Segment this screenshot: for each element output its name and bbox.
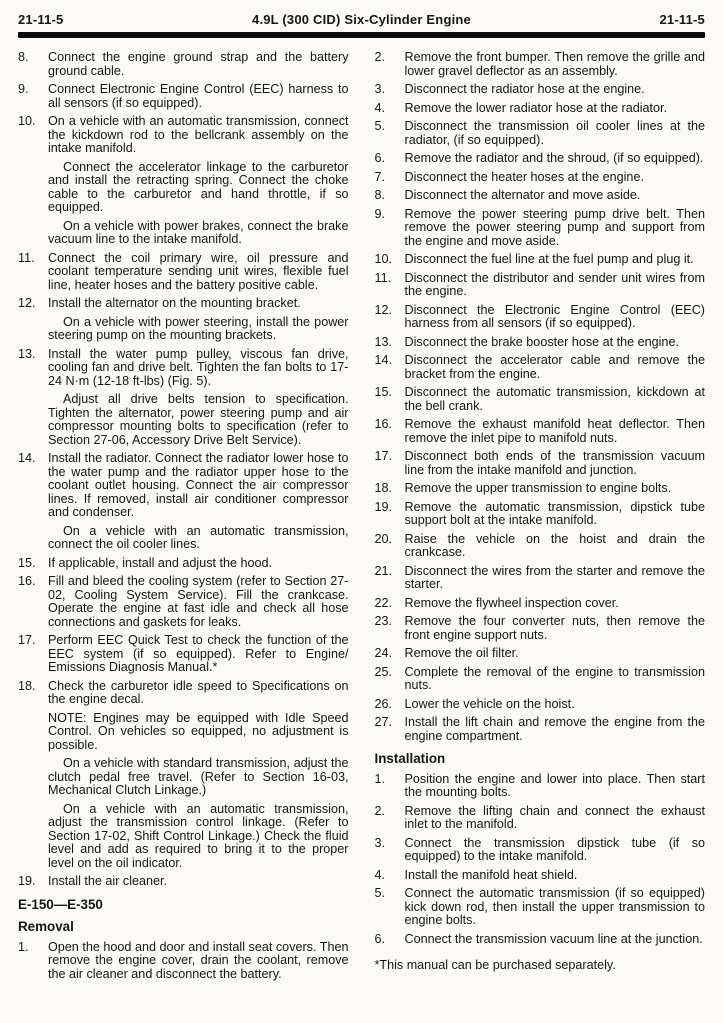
item-text: Lower the vehicle on the hoist. [405, 697, 575, 711]
item-text: Disconnect the brake booster hose at the… [405, 335, 679, 349]
item-number: 13. [18, 348, 36, 362]
section-heading: Removal [18, 920, 349, 934]
page-number-right: 21-11-5 [595, 12, 705, 27]
list-item: 4.Remove the lower radiator hose at the … [375, 102, 706, 116]
left-column: 8.Connect the engine ground strap and th… [18, 51, 349, 986]
list-item: 15.Disconnect the automatic transmission… [375, 386, 706, 413]
item-number: 15. [18, 557, 36, 571]
item-text: Remove the upper transmission to engine … [405, 481, 672, 495]
list-item: 3.Connect the transmission dipstick tube… [375, 837, 706, 864]
list-item: 1.Position the engine and lower into pla… [375, 773, 706, 800]
item-text: Connect the coil primary wire, oil press… [48, 251, 349, 292]
item-number: 4. [375, 869, 386, 883]
item-number: 9. [375, 208, 386, 222]
item-number: 18. [375, 482, 393, 496]
item-text: Install the lift chain and remove the en… [405, 715, 706, 743]
item-text: Install the alternator on the mounting b… [48, 296, 301, 310]
item-number: 26. [375, 698, 393, 712]
item-text: Disconnect the alternator and move aside… [405, 188, 641, 202]
continuation-paragraph: On a vehicle with power brakes, connect … [48, 220, 349, 247]
list-item: 11.Disconnect the distributor and sender… [375, 272, 706, 299]
item-number: 15. [375, 386, 393, 400]
page-title: 4.9L (300 CID) Six-Cylinder Engine [128, 12, 595, 27]
item-number: 2. [375, 805, 386, 819]
page-content: 8.Connect the engine ground strap and th… [18, 51, 705, 986]
list-item: 19.Install the air cleaner. [18, 875, 349, 889]
item-number: 18. [18, 680, 36, 694]
item-text: Remove the lower radiator hose at the ra… [405, 101, 668, 115]
list-item: 6.Connect the transmission vacuum line a… [375, 933, 706, 947]
note-paragraph: NOTE: Engines may be equipped with Idle … [48, 712, 349, 753]
item-text: On a vehicle with an automatic transmiss… [48, 114, 349, 155]
item-number: 22. [375, 597, 393, 611]
item-number: 16. [375, 418, 393, 432]
item-number: 1. [375, 773, 386, 787]
item-text: Install the radiator. Connect the radiat… [48, 451, 349, 519]
item-text: Remove the exhaust manifold heat deflect… [405, 417, 706, 445]
list-item: 2.Remove the lifting chain and connect t… [375, 805, 706, 832]
item-number: 5. [375, 120, 386, 134]
item-number: 17. [375, 450, 393, 464]
item-number: 6. [375, 152, 386, 166]
item-text: Complete the removal of the engine to tr… [405, 665, 706, 693]
item-text: Position the engine and lower into place… [405, 772, 706, 800]
list-item: 12.Disconnect the Electronic Engine Cont… [375, 304, 706, 331]
item-text: Disconnect the transmission oil cooler l… [405, 119, 706, 147]
list-item: 16.Remove the exhaust manifold heat defl… [375, 418, 706, 445]
item-text: Remove the automatic transmission, dipst… [405, 500, 706, 528]
item-text: Remove the power steering pump drive bel… [405, 207, 706, 248]
list-item: 7.Disconnect the heater hoses at the eng… [375, 171, 706, 185]
list-item: 17.Perform EEC Quick Test to check the f… [18, 634, 349, 675]
list-item: 19.Remove the automatic transmission, di… [375, 501, 706, 528]
item-text: Open the hood and door and install seat … [48, 940, 349, 981]
list-item: 5.Disconnect the transmission oil cooler… [375, 120, 706, 147]
item-number: 12. [18, 297, 36, 311]
item-text: Remove the four converter nuts, then rem… [405, 614, 706, 642]
item-text: If applicable, install and adjust the ho… [48, 556, 272, 570]
list-item: 15.If applicable, install and adjust the… [18, 557, 349, 571]
item-number: 16. [18, 575, 36, 589]
item-number: 13. [375, 336, 393, 350]
list-item: 13.Disconnect the brake booster hose at … [375, 336, 706, 350]
item-number: 24. [375, 647, 393, 661]
item-number: 21. [375, 565, 393, 579]
list-item: 3.Disconnect the radiator hose at the en… [375, 83, 706, 97]
list-item: 22.Remove the flywheel inspection cover. [375, 597, 706, 611]
continuation-paragraph: On a vehicle with an automatic transmiss… [48, 803, 349, 871]
item-text: Remove the flywheel inspection cover. [405, 596, 619, 610]
item-number: 25. [375, 666, 393, 680]
item-text: Disconnect the automatic transmission, k… [405, 385, 706, 413]
item-number: 3. [375, 83, 386, 97]
item-text: Connect Electronic Engine Control (EEC) … [48, 82, 349, 110]
item-text: Disconnect the accelerator cable and rem… [405, 353, 706, 381]
item-text: Raise the vehicle on the hoist and drain… [405, 532, 706, 560]
list-item: 4.Install the manifold heat shield. [375, 869, 706, 883]
list-item: 21.Disconnect the wires from the starter… [375, 565, 706, 592]
item-number: 4. [375, 102, 386, 116]
list-item: 5.Connect the automatic transmission (if… [375, 887, 706, 928]
list-item: 23.Remove the four converter nuts, then … [375, 615, 706, 642]
list-item: 13.Install the water pump pulley, viscou… [18, 348, 349, 389]
list-item: 6.Remove the radiator and the shroud, (i… [375, 152, 706, 166]
item-text: Disconnect both ends of the transmission… [405, 449, 706, 477]
list-item: 26.Lower the vehicle on the hoist. [375, 698, 706, 712]
item-text: Connect the transmission vacuum line at … [405, 932, 703, 946]
list-item: 14.Install the radiator. Connect the rad… [18, 452, 349, 520]
item-text: Perform EEC Quick Test to check the func… [48, 633, 349, 674]
item-text: Connect the transmission dipstick tube (… [405, 836, 706, 864]
item-number: 11. [18, 252, 35, 266]
item-text: Remove the oil filter. [405, 646, 519, 660]
continuation-paragraph: Adjust all drive belts tension to specif… [48, 393, 349, 447]
page-number-left: 21-11-5 [18, 12, 128, 27]
item-text: Remove the front bumper. Then remove the… [405, 50, 706, 78]
list-item: 27.Install the lift chain and remove the… [375, 716, 706, 743]
item-text: Disconnect the radiator hose at the engi… [405, 82, 645, 96]
item-text: Disconnect the heater hoses at the engin… [405, 170, 644, 184]
item-text: Install the air cleaner. [48, 874, 167, 888]
item-number: 8. [18, 51, 29, 65]
list-item: 17.Disconnect both ends of the transmiss… [375, 450, 706, 477]
list-item: 1.Open the hood and door and install sea… [18, 941, 349, 982]
item-text: Disconnect the Electronic Engine Control… [405, 303, 706, 331]
item-number: 10. [375, 253, 393, 267]
footnote: *This manual can be purchased separately… [375, 959, 706, 973]
continuation-paragraph: On a vehicle with standard transmission,… [48, 757, 349, 798]
item-text: Install the water pump pulley, viscous f… [48, 347, 349, 388]
item-number: 6. [375, 933, 386, 947]
item-number: 14. [18, 452, 36, 466]
list-item: 24.Remove the oil filter. [375, 647, 706, 661]
item-text: Check the carburetor idle speed to Speci… [48, 679, 349, 707]
item-number: 2. [375, 51, 386, 65]
item-number: 3. [375, 837, 386, 851]
item-text: Disconnect the fuel line at the fuel pum… [405, 252, 694, 266]
list-item: 18.Remove the upper transmission to engi… [375, 482, 706, 496]
header-rule [18, 32, 705, 38]
item-number: 8. [375, 189, 386, 203]
list-item: 9.Remove the power steering pump drive b… [375, 208, 706, 249]
item-number: 11. [375, 272, 392, 286]
right-column: 2.Remove the front bumper. Then remove t… [375, 51, 706, 986]
list-item: 16.Fill and bleed the cooling system (re… [18, 575, 349, 629]
list-item: 8.Disconnect the alternator and move asi… [375, 189, 706, 203]
list-item: 11.Connect the coil primary wire, oil pr… [18, 252, 349, 293]
item-text: Remove the radiator and the shroud, (if … [405, 151, 704, 165]
list-item: 20.Raise the vehicle on the hoist and dr… [375, 533, 706, 560]
item-number: 14. [375, 354, 393, 368]
list-item: 18.Check the carburetor idle speed to Sp… [18, 680, 349, 707]
continuation-paragraph: On a vehicle with power steering, instal… [48, 316, 349, 343]
page-header: 21-11-5 4.9L (300 CID) Six-Cylinder Engi… [18, 12, 705, 27]
list-item: 10.Disconnect the fuel line at the fuel … [375, 253, 706, 267]
item-number: 27. [375, 716, 393, 730]
list-item: 10.On a vehicle with an automatic transm… [18, 115, 349, 156]
list-item: 2.Remove the front bumper. Then remove t… [375, 51, 706, 78]
item-number: 19. [18, 875, 36, 889]
item-text: Remove the lifting chain and connect the… [405, 804, 706, 832]
manual-page: 21-11-5 4.9L (300 CID) Six-Cylinder Engi… [0, 0, 723, 986]
item-number: 10. [18, 115, 36, 129]
list-item: 9.Connect Electronic Engine Control (EEC… [18, 83, 349, 110]
item-number: 7. [375, 171, 386, 185]
list-item: 8.Connect the engine ground strap and th… [18, 51, 349, 78]
item-text: Install the manifold heat shield. [405, 868, 578, 882]
item-text: Fill and bleed the cooling system (refer… [48, 574, 349, 629]
continuation-paragraph: Connect the accelerator linkage to the c… [48, 161, 349, 215]
continuation-paragraph: On a vehicle with an automatic transmiss… [48, 525, 349, 552]
list-item: 12.Install the alternator on the mountin… [18, 297, 349, 311]
list-item: 25.Complete the removal of the engine to… [375, 666, 706, 693]
item-number: 20. [375, 533, 393, 547]
section-heading: E-150—E-350 [18, 898, 349, 912]
list-item: 14.Disconnect the accelerator cable and … [375, 354, 706, 381]
item-number: 1. [18, 941, 29, 955]
item-number: 12. [375, 304, 393, 318]
item-text: Connect the engine ground strap and the … [48, 50, 349, 78]
item-text: Disconnect the wires from the starter an… [405, 564, 706, 592]
item-number: 19. [375, 501, 393, 515]
item-text: Disconnect the distributor and sender un… [405, 271, 706, 299]
item-number: 23. [375, 615, 393, 629]
item-number: 17. [18, 634, 36, 648]
item-number: 5. [375, 887, 386, 901]
item-text: Connect the automatic transmission (if s… [405, 886, 706, 927]
item-number: 9. [18, 83, 29, 97]
section-heading: Installation [375, 752, 706, 766]
